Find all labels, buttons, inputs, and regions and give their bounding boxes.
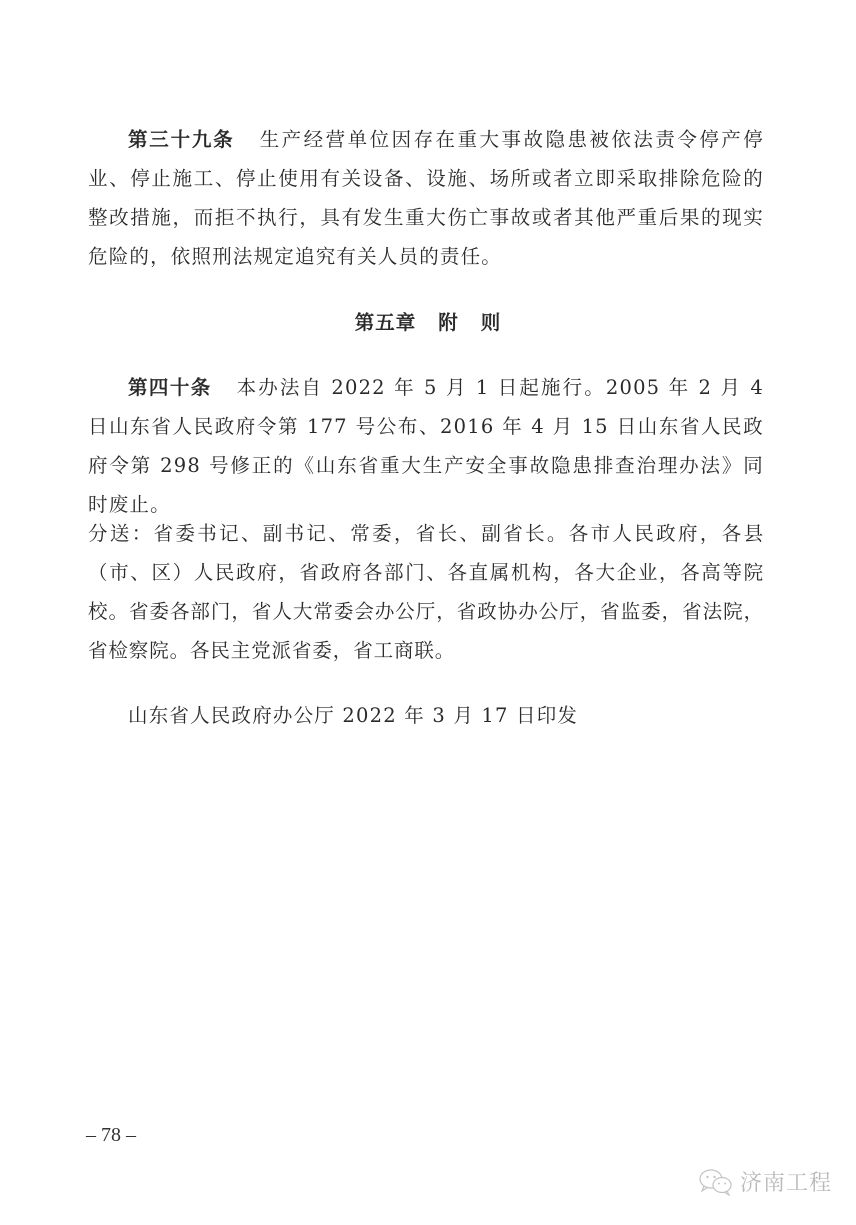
wechat-icon — [698, 1168, 734, 1196]
article-39-heading: 第三十九条 — [128, 128, 234, 151]
watermark-label: 济南工程 — [740, 1166, 832, 1197]
issuer-text: 山东省人民政府办公厅 2022 年 3 月 17 日印发 — [128, 704, 578, 727]
watermark: 济南工程 — [698, 1166, 832, 1197]
chapter-number: 第五章 — [355, 311, 417, 334]
issuer-line: 山东省人民政府办公厅 2022 年 3 月 17 日印发 — [128, 700, 578, 728]
chapter-heading: 第五章附则 — [0, 307, 856, 335]
document-page: 第三十九条生产经营单位因存在重大事故隐患被依法责令停产停业、停止施工、停止使用有… — [0, 0, 856, 1225]
chapter-title-part1: 附 — [438, 311, 459, 334]
distribution-text: 分送：省委书记、副书记、常委，省长、副省长。各市人民政府，各县（市、区）人民政府… — [88, 522, 764, 662]
article-39: 第三十九条生产经营单位因存在重大事故隐患被依法责令停产停业、停止施工、停止使用有… — [88, 120, 764, 276]
page-number: – 78 – — [86, 1124, 136, 1147]
distribution-list: 分送：省委书记、副书记、常委，省长、副省长。各市人民政府，各县（市、区）人民政府… — [88, 514, 764, 670]
chapter-title-part2: 则 — [481, 311, 502, 334]
article-40: 第四十条本办法自 2022 年 5 月 1 日起施行。2005 年 2 月 4 … — [88, 368, 764, 524]
article-40-heading: 第四十条 — [128, 376, 212, 399]
